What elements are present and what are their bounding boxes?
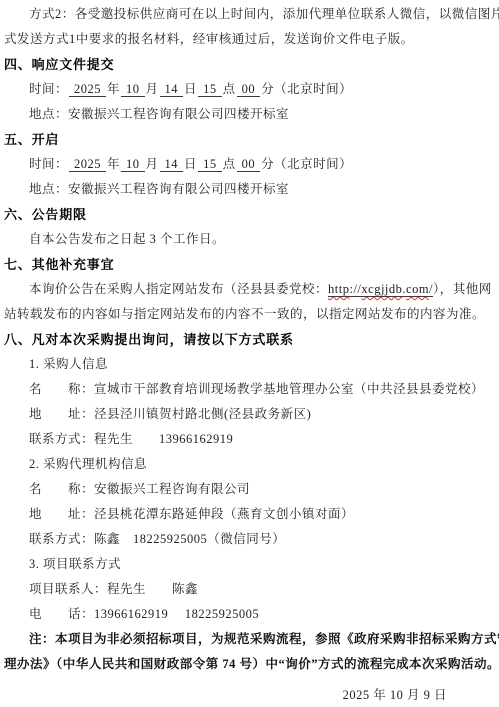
time-year-value: 2025 (69, 82, 106, 97)
url-separator: :// (349, 282, 361, 296)
agency-contact-line: 联系方式：陈鑫 18225925005（微信同号） (4, 527, 493, 552)
time-month-unit: 月 (146, 157, 159, 171)
project-contact-title: 3. 项目联系方式 (4, 552, 493, 577)
time-year-value: 2025 (69, 157, 106, 172)
section6-body-line: 自本公告发布之日起 3 个工作日。 (4, 227, 493, 252)
time-label: 时间： (29, 82, 68, 96)
intro-paragraph-line2: 式发送方式1中要求的报名材料，经审核通过后，发送询价文件电子版。 (4, 27, 493, 52)
url-host: xcgjjdb (361, 282, 402, 296)
section8-heading: 八、凡对本次采购提出询问，请按以下方式联系 (4, 327, 493, 352)
time-year-unit: 年 (107, 82, 120, 96)
agency-name-line: 名 称：安徽振兴工程咨询有限公司 (4, 477, 493, 502)
url-scheme: http (328, 282, 349, 296)
announcement-site-suffix: ），其他网 (433, 282, 492, 296)
issue-date: 2025 年 10 月 9 日 (4, 683, 493, 707)
section5-time-line: 时间：2025年10月14日15点00分（北京时间） (4, 152, 493, 177)
time-hour-unit: 点 (223, 82, 236, 96)
time-month-unit: 月 (146, 82, 159, 96)
section6-heading: 六、公告期限 (4, 202, 493, 227)
time-hour-value: 15 (198, 82, 222, 97)
time-day-unit: 日 (184, 157, 197, 171)
time-timezone: （北京时间） (274, 82, 352, 96)
time-minute-unit: 分 (261, 157, 274, 171)
time-day-unit: 日 (184, 82, 197, 96)
time-hour-unit: 点 (223, 157, 236, 171)
project-phones-line: 电 话：13966162919 18225925005 (4, 602, 493, 627)
time-minute-value: 00 (237, 157, 261, 172)
time-minute-value: 00 (237, 82, 261, 97)
announcement-site-prefix: 本询价公告在采购人指定网站发布（泾县县委党校： (29, 282, 328, 296)
section5-location-line: 地点：安徽振兴工程咨询有限公司四楼开标室 (4, 177, 493, 202)
time-hour-value: 15 (198, 157, 222, 172)
time-day-value: 14 (160, 157, 184, 172)
section4-heading: 四、响应文件提交 (4, 52, 493, 77)
intro-paragraph-line1: 方式2：各受邀投标供应商可在以上时间内，添加代理单位联系人微信，以微信图片形 (4, 2, 493, 27)
project-contacts-line: 项目联系人：程先生 陈鑫 (4, 577, 493, 602)
section7-heading: 七、其他补充事宜 (4, 252, 493, 277)
url-tld: com (406, 282, 429, 296)
time-label: 时间： (29, 157, 68, 171)
purchaser-address-line: 地 址：泾县泾川镇贺村路北侧(泾县政务新区) (4, 402, 493, 427)
section7-body-line2: 站转载发布的内容如与指定网站发布的内容不一致的，以指定网站发布的内容为准。 (4, 302, 493, 327)
section5-heading: 五、开启 (4, 127, 493, 152)
note-line1: 注：本项目为非必须招标项目，为规范采购流程，参照《政府采购非招标采购方式管 (4, 627, 493, 652)
agency-info-title: 2. 采购代理机构信息 (4, 452, 493, 477)
time-day-value: 14 (160, 82, 184, 97)
purchaser-name-line: 名 称：宣城市干部教育培训现场教学基地管理办公室（中共泾县县委党校） (4, 377, 493, 402)
purchaser-info-title: 1. 采购人信息 (4, 352, 493, 377)
time-timezone: （北京时间） (274, 157, 352, 171)
time-month-value: 10 (121, 157, 145, 172)
purchaser-contact-line: 联系方式：程先生 13966162919 (4, 427, 493, 452)
section4-location-line: 地点：安徽振兴工程咨询有限公司四楼开标室 (4, 102, 493, 127)
note-line2: 理办法》（中华人民共和国财政部令第 74 号）中“询价”方式的流程完成本次采购活… (4, 652, 493, 677)
section7-body-line1: 本询价公告在采购人指定网站发布（泾县县委党校：http://xcgjjdb.co… (4, 277, 493, 302)
section4-time-line: 时间：2025年10月14日15点00分（北京时间） (4, 77, 493, 102)
document-page: 方式2：各受邀投标供应商可在以上时间内，添加代理单位联系人微信，以微信图片形 式… (0, 0, 499, 707)
agency-address-line: 地 址：泾县桃花潭东路延伸段（燕育文创小镇对面） (4, 502, 493, 527)
time-minute-unit: 分 (261, 82, 274, 96)
time-year-unit: 年 (107, 157, 120, 171)
announcement-url[interactable]: http://xcgjjdb.com/ (328, 282, 433, 297)
time-month-value: 10 (121, 82, 145, 97)
